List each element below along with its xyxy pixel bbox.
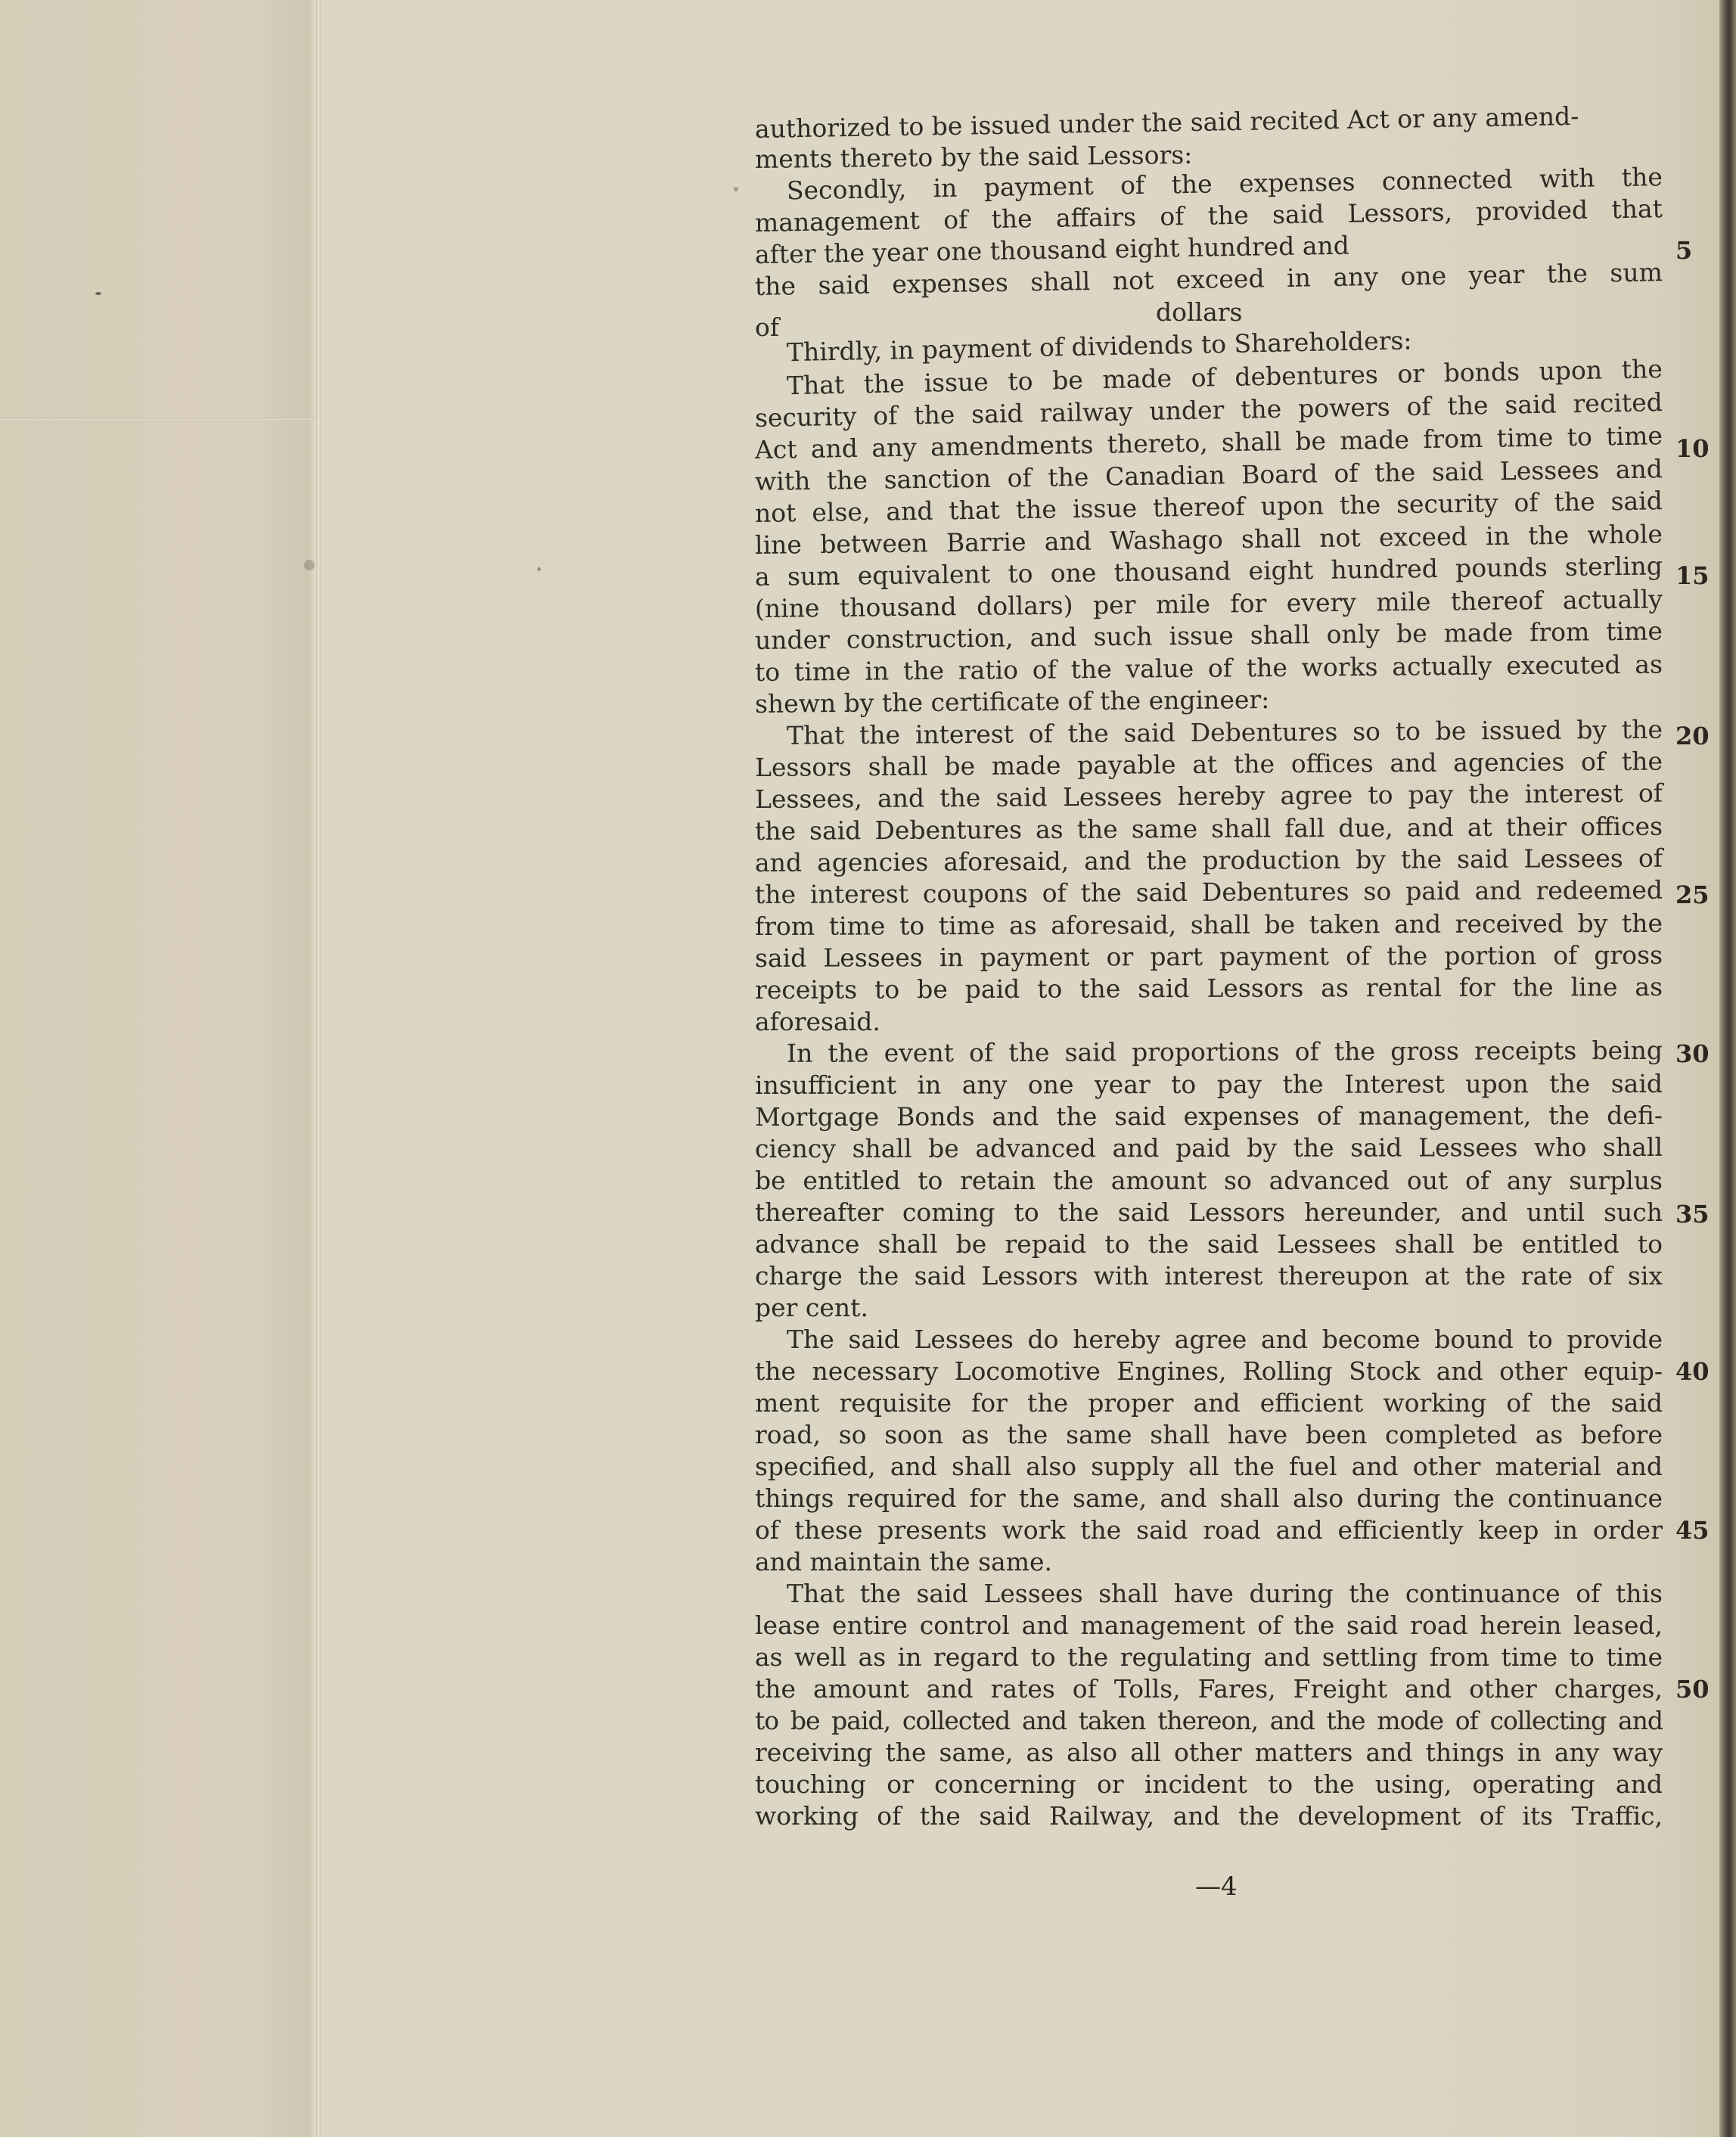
line-number: 20 (1675, 720, 1710, 752)
text-line: ment requisite for the proper and effici… (755, 1387, 1663, 1419)
text-line: the interest coupons of the said Debentu… (755, 874, 1663, 911)
text-line: per cent. (755, 1292, 1663, 1324)
line-number: 30 (1675, 1038, 1710, 1070)
text-line: insufficient in any one year to pay the … (755, 1068, 1663, 1101)
paper-speck (537, 567, 541, 571)
text-line: receipts to be paid to the said Lessors … (755, 971, 1663, 1006)
paragraph-start: The said Lessees do hereby agree and bec… (755, 1324, 1663, 1356)
text-line: to be paid, collected and taken thereon,… (755, 1705, 1663, 1737)
left-page-fold (0, 0, 318, 2137)
text-line: of these presents work the said road and… (755, 1514, 1663, 1546)
line-number: 5 (1675, 235, 1692, 266)
text-line: working of the said Railway, and the dev… (755, 1800, 1663, 1832)
text-line: thereafter coming to the said Lessors he… (755, 1197, 1663, 1228)
text-line: receiving the same, as also all other ma… (755, 1737, 1663, 1769)
text-line: as well as in regard to the regulating a… (755, 1642, 1663, 1673)
text-line: the amount and rates of Tolls, Fares, Fr… (755, 1673, 1663, 1705)
text-line: specified, and shall also supply all the… (755, 1451, 1663, 1483)
page-number: —4 (1195, 1871, 1238, 1902)
horizontal-crease (0, 418, 318, 420)
line-number: 45 (1675, 1514, 1710, 1546)
paper-speck (95, 292, 101, 295)
text-line: from time to time as aforesaid, shall be… (755, 908, 1663, 943)
text-line: ciency shall be advanced and paid by the… (755, 1132, 1663, 1165)
line-number: 35 (1675, 1198, 1710, 1230)
line-number: 15 (1675, 560, 1710, 592)
paragraph-start: That the said Lessees shall have during … (755, 1578, 1663, 1610)
text-line: the said Debentures as the same shall fa… (755, 811, 1663, 847)
text-line: advance shall be repaid to the said Less… (755, 1228, 1663, 1260)
text-line: and agencies aforesaid, and the producti… (755, 843, 1663, 879)
text-line: things required for the same, and shall … (755, 1483, 1663, 1514)
line-number: 25 (1675, 879, 1710, 911)
paragraph-start: In the event of the said proportions of … (755, 1035, 1663, 1070)
text-line: charge the said Lessors with interest th… (755, 1260, 1663, 1292)
text-line: Mortgage Bonds and the said expenses of … (755, 1100, 1663, 1133)
text-line: said Lessees in payment or part payment … (755, 940, 1663, 974)
line-number: 50 (1675, 1673, 1710, 1705)
text-line: the necessary Locomotive Engines, Rollin… (755, 1356, 1663, 1387)
text-line: be entitled to retain the amount so adva… (755, 1165, 1663, 1197)
paper-speck (304, 560, 315, 570)
line-number: 40 (1675, 1356, 1710, 1387)
text-line: lease entire control and management of t… (755, 1610, 1663, 1642)
paper-speck (734, 187, 738, 191)
text-line: aforesaid. (755, 1006, 1663, 1038)
binding-edge-shadow (1719, 0, 1736, 2137)
text-line: road, so soon as the same shall have bee… (755, 1419, 1663, 1451)
text-line: and maintain the same. (755, 1546, 1663, 1578)
line-number: 10 (1675, 433, 1710, 464)
text-line: touching or concerning or incident to th… (755, 1769, 1663, 1800)
text-line: Lessees, and the said Lessees hereby agr… (755, 778, 1663, 815)
